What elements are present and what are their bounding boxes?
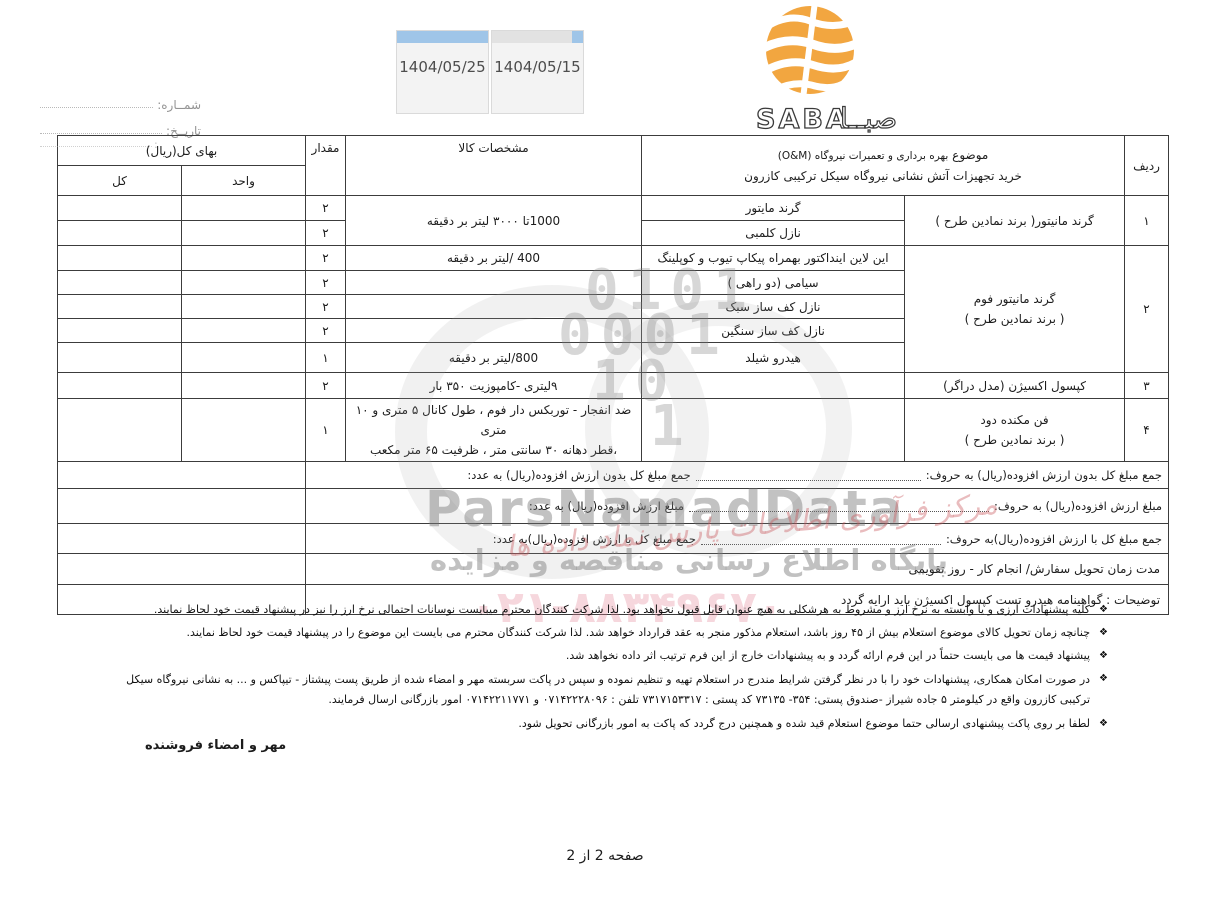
total-price-cell xyxy=(58,295,182,319)
inquiry-form-page: شمــاره: تاريــخ: : 1404/05/25 1404/05/1… xyxy=(0,0,1210,921)
summary1-words-label: جمع مبلغ کل بدون ارزش افزوده(ریال) به حر… xyxy=(926,468,1162,482)
group1-spec: 1000تا ۳۰۰۰ لیتر بر دقیقه xyxy=(346,196,642,246)
subject-dept: بهره برداری و تعمیرات نیروگاه (O&M) xyxy=(778,150,949,162)
total-price-cell xyxy=(58,196,182,221)
unit-price-cell xyxy=(182,399,306,462)
note-text-2: چنانچه زمان تحویل کالای موضوع استعلام بی… xyxy=(187,624,1091,642)
group4-name-line2: ( برند نمادین طرح ) xyxy=(909,430,1120,450)
table-row: ۱ گرند مانیتور( برند نمادین طرح ) گرند م… xyxy=(58,196,1169,221)
saba-logo-graphic: SABA صبــا xyxy=(718,2,908,134)
summary1-digits-label: جمع مبلغ کل بدون ارزش افزوده(ریال) به عد… xyxy=(467,468,690,482)
group1-item1: گرند مایتور xyxy=(642,196,905,221)
table-row: ۴ فن مکنده دود ( برند نمادین طرح ) ضد ان… xyxy=(58,399,1169,462)
notes-list: ❖ کلیه پیشنهادات ارزی و یا وابسته به نرخ… xyxy=(95,601,1108,738)
group1-item2-qty: ۲ xyxy=(306,221,346,246)
note-item-5: ❖ لطفا بر روی پاکت پیشنهادی ارسالی حتما … xyxy=(95,715,1108,733)
radif-3: ۳ xyxy=(1125,373,1169,399)
delivery-time-row: مدت زمان تحویل سفارش/ انجام کار - روز تق… xyxy=(58,554,1169,585)
unit-price-cell xyxy=(182,221,306,246)
group2-item1-spec-text: لیتر بر دقیقه xyxy=(447,251,509,265)
unit-price-cell xyxy=(182,343,306,373)
note-text-5: لطفا بر روی پاکت پیشنهادی ارسالی حتما مو… xyxy=(518,715,1090,733)
group2-item3-spec xyxy=(346,295,642,319)
bullet-icon: ❖ xyxy=(1099,647,1108,665)
summary1-cell: جمع مبلغ کل بدون ارزش افزوده(ریال) به حر… xyxy=(306,462,1169,489)
group1-item2: نازل کلمبی xyxy=(642,221,905,246)
summary3-words-label: جمع مبلغ کل با ارزش افزوده(ریال)به حروف: xyxy=(946,532,1162,546)
group2-item1-spec-num: / 400 xyxy=(509,251,540,265)
summary2-digits-label: مبلغ ارزش افزوده(ریال) به عدد: xyxy=(529,499,684,513)
summary2-dotted-line xyxy=(689,500,989,512)
stray-dotted-line xyxy=(40,146,152,147)
summary1-amount-cell xyxy=(58,462,306,489)
unit-price-cell xyxy=(182,373,306,399)
group2-item1-spec: / 400لیتر بر دقیقه xyxy=(346,246,642,271)
group2-item1: این لاین اینداکتور بهمراه پیکاپ تیوب و ک… xyxy=(642,246,905,271)
summary3-amount-cell xyxy=(58,524,306,554)
col-header-unit-price: واحد xyxy=(182,166,306,196)
group1-item1-qty: ۲ xyxy=(306,196,346,221)
seller-signature-label: مهر و امضاء فروشنده xyxy=(145,738,286,753)
date-box-highlight-bar xyxy=(397,31,488,43)
radif-2: ۲ xyxy=(1125,246,1169,373)
note-item-2: ❖ چنانچه زمان تحویل کالای موضوع استعلام … xyxy=(95,624,1108,642)
table-row: ۲ گرند مانیتور فوم ( برند نمادین طرح ) ا… xyxy=(58,246,1169,271)
total-price-cell xyxy=(58,271,182,295)
saba-logo-persian-text: صبــا xyxy=(840,102,897,134)
group2-item5: هیدرو شیلد xyxy=(642,343,905,373)
group2-item4-spec xyxy=(346,319,642,343)
group4-item-empty xyxy=(642,399,905,462)
note-text-1: کلیه پیشنهادات ارزی و یا وابسته به نرخ ا… xyxy=(154,601,1090,619)
group1-spec-num: 1000 xyxy=(530,214,561,228)
group2-item2-spec xyxy=(346,271,642,295)
col-header-radif: ردیف xyxy=(1125,136,1169,196)
group2-item2: سیامی (دو راهی ) xyxy=(642,271,905,295)
note-text-4: در صورت امکان همکاری، پیشنهادات خود را ب… xyxy=(95,670,1090,710)
group2-item5-spec: /800لیتر بر دقیقه xyxy=(346,343,642,373)
radif-1: ۱ xyxy=(1125,196,1169,246)
group2-item5-spec-num: /800 xyxy=(511,351,538,365)
date-blank-line xyxy=(40,123,162,134)
total-price-cell xyxy=(58,221,182,246)
bullet-icon: ❖ xyxy=(1099,715,1108,733)
subject-line1: موضوع بهره برداری و تعمیرات نیروگاه (O&M… xyxy=(646,145,1120,166)
note-item-3: ❖ پیشنهاد قیمت ها می بایست حتماً در این … xyxy=(95,647,1108,665)
page-number: صفحه 2 از 2 xyxy=(0,848,1210,864)
group2-name-line2: ( برند نمادین طرح ) xyxy=(909,309,1120,329)
group2-name-line1: گرند مانیتور فوم xyxy=(909,289,1120,309)
summary3-cell: جمع مبلغ کل با ارزش افزوده(ریال)به حروف:… xyxy=(306,524,1169,554)
saba-logo: SABA صبــا xyxy=(718,2,908,138)
table-row: ۳ کپسول اکسیژن (مدل دراگر) ۹لیتری -کامپو… xyxy=(58,373,1169,399)
date-box-gray-bar xyxy=(492,31,583,43)
group4-qty: ۱ xyxy=(306,399,346,462)
total-price-cell xyxy=(58,246,182,271)
group3-spec: ۹لیتری -کامپوزیت ۳۵۰ بار xyxy=(346,373,642,399)
group1-name: گرند مانیتور( برند نمادین طرح ) xyxy=(905,196,1125,246)
number-blank-line xyxy=(40,97,153,108)
summary-row-total-with-vat: جمع مبلغ کل با ارزش افزوده(ریال)به حروف:… xyxy=(58,524,1169,554)
summary2-amount-cell xyxy=(58,489,306,524)
group2-item3: نازل کف ساز سبک xyxy=(642,295,905,319)
group2-item4: نازل کف ساز سنگین xyxy=(642,319,905,343)
group2-name: گرند مانیتور فوم ( برند نمادین طرح ) xyxy=(905,246,1125,373)
group2-item2-qty: ۲ xyxy=(306,271,346,295)
summary3-dotted-line xyxy=(701,533,941,545)
note-item-4: ❖ در صورت امکان همکاری، پیشنهادات خود را… xyxy=(95,670,1108,710)
col-header-qty: مقدار xyxy=(306,136,346,196)
radif-4: ۴ xyxy=(1125,399,1169,462)
group1-spec-text: تا ۳۰۰۰ لیتر بر دقیقه xyxy=(427,214,530,228)
form-header-labels: شمــاره: تاريــخ: xyxy=(40,86,203,138)
summary3-digits-label: جمع مبلغ کل با ارزش افزوده(ریال)به عدد: xyxy=(493,532,696,546)
summary2-cell: مبلغ ارزش افزوده(ریال) به حروف: مبلغ ارز… xyxy=(306,489,1169,524)
unit-price-cell xyxy=(182,271,306,295)
total-price-cell xyxy=(58,373,182,399)
note-item-1: ❖ کلیه پیشنهادات ارزی و یا وابسته به نرخ… xyxy=(95,601,1108,619)
date-value-1: 1404/05/25 xyxy=(397,58,488,76)
note-text-3: پیشنهاد قیمت ها می بایست حتماً در این فر… xyxy=(566,647,1090,665)
summary-row-total-without-vat: جمع مبلغ کل بدون ارزش افزوده(ریال) به حر… xyxy=(58,462,1169,489)
summary-row-vat: مبلغ ارزش افزوده(ریال) به حروف: مبلغ ارز… xyxy=(58,489,1169,524)
date-box-deadline[interactable]: 1404/05/25 xyxy=(396,30,489,114)
group4-spec-line2: ،قطر دهانه ۳۰ سانتی متر ، ظرفیت ۶۵ متر م… xyxy=(350,440,637,460)
subject-line2: خرید تجهیزات آتش نشانی نیروگاه سیکل ترکی… xyxy=(646,166,1120,186)
col-header-specs: مشخصات کالا xyxy=(346,136,642,196)
saba-logo-latin-text: SABA xyxy=(756,104,850,134)
summary1-dotted-line xyxy=(696,469,921,481)
group3-qty: ۲ xyxy=(306,373,346,399)
group4-name: فن مکنده دود ( برند نمادین طرح ) xyxy=(905,399,1125,462)
bullet-icon: ❖ xyxy=(1099,670,1108,710)
subject-title: موضوع xyxy=(952,148,988,162)
unit-price-cell xyxy=(182,246,306,271)
bullet-icon: ❖ xyxy=(1099,624,1108,642)
group2-item3-qty: ۲ xyxy=(306,295,346,319)
group4-spec: ضد انفجار - توربکس دار فوم ، طول کانال ۵… xyxy=(346,399,642,462)
date-boxes: 1404/05/25 1404/05/15 xyxy=(396,30,584,114)
group4-spec-line1: ضد انفجار - توربکس دار فوم ، طول کانال ۵… xyxy=(350,400,637,440)
total-price-cell xyxy=(58,343,182,373)
group2-item1-qty: ۲ xyxy=(306,246,346,271)
unit-price-cell xyxy=(182,295,306,319)
col-header-total-price: بهای کل(ریال) xyxy=(58,136,306,166)
delivery-time-label: مدت زمان تحویل سفارش/ انجام کار - روز تق… xyxy=(306,554,1169,585)
date-value-2: 1404/05/15 xyxy=(492,58,583,76)
inquiry-table: ردیف موضوع بهره برداری و تعمیرات نیروگاه… xyxy=(57,135,1169,615)
group3-name: کپسول اکسیژن (مدل دراگر) xyxy=(905,373,1125,399)
group2-item5-spec-text: لیتر بر دقیقه xyxy=(449,351,511,365)
col-header-subject: موضوع بهره برداری و تعمیرات نیروگاه (O&M… xyxy=(642,136,1125,196)
stray-colon: : xyxy=(154,138,158,151)
bullet-icon: ❖ xyxy=(1099,601,1108,619)
group3-item-empty xyxy=(642,373,905,399)
number-label: شمــاره: xyxy=(157,98,203,112)
group4-name-line1: فن مکنده دود xyxy=(909,410,1120,430)
date-box-issue[interactable]: 1404/05/15 xyxy=(491,30,584,114)
group2-item4-qty: ۲ xyxy=(306,319,346,343)
col-header-total: کل xyxy=(58,166,182,196)
total-price-cell xyxy=(58,399,182,462)
delivery-time-value-cell xyxy=(58,554,306,585)
unit-price-cell xyxy=(182,196,306,221)
group2-item5-qty: ۱ xyxy=(306,343,346,373)
number-field-row: شمــاره: xyxy=(40,86,203,112)
total-price-cell xyxy=(58,319,182,343)
summary2-words-label: مبلغ ارزش افزوده(ریال) به حروف: xyxy=(994,499,1162,513)
unit-price-cell xyxy=(182,319,306,343)
